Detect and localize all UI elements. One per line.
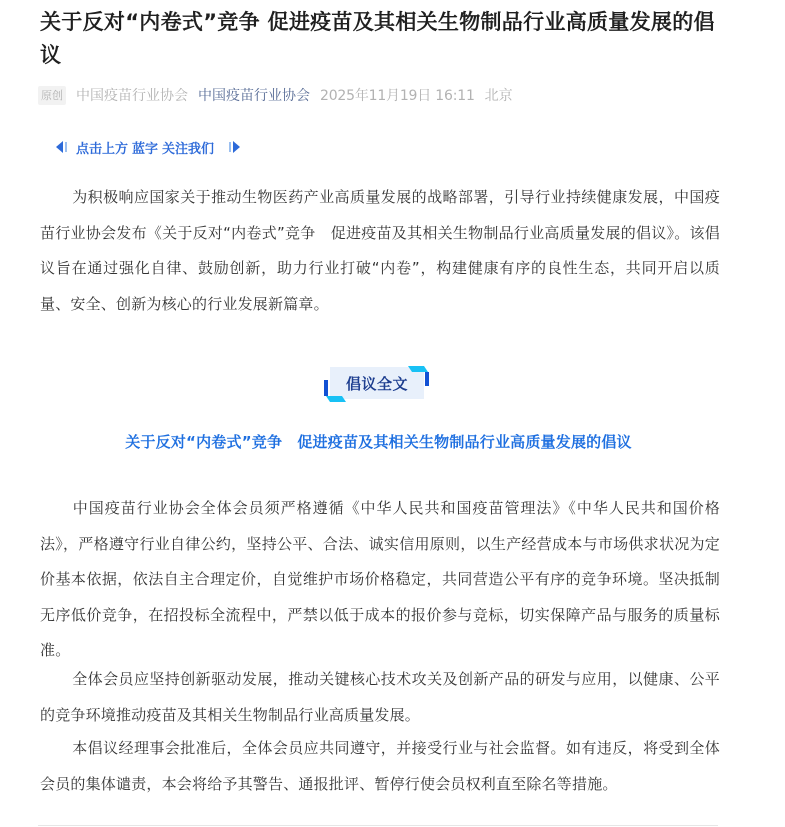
arrow-left-icon	[56, 141, 70, 153]
section-badge: 倡议全文	[324, 366, 430, 402]
account-name-link[interactable]: 中国疫苗行业协会	[198, 85, 310, 105]
follow-text-part3: 关注我们	[162, 142, 214, 157]
body-paragraph-1: 中国疫苗行业协会全体会员须严格遵循《中华人民共和国疫苗管理法》《中华人民共和国价…	[40, 491, 720, 669]
follow-text-part2: 蓝字	[132, 142, 158, 157]
section-subtitle: 关于反对“内卷式”竞争 促进疫苗及其相关生物制品行业高质量发展的倡议	[0, 431, 757, 452]
intro-paragraph: 为积极响应国家关于推动生物医药产业高质量发展的战略部署，引导行业持续健康发展，中…	[40, 180, 720, 322]
divider	[38, 825, 718, 826]
arrow-right-icon	[226, 141, 240, 153]
follow-text: 点击上方蓝字关注我们	[76, 138, 218, 157]
follow-text-part1: 点击上方	[76, 142, 128, 157]
publish-location: 北京	[485, 85, 513, 105]
article-title: 关于反对“内卷式”竞争 促进疫苗及其相关生物制品行业高质量发展的倡议	[40, 6, 730, 72]
body-paragraph-3: 本倡议经理事会批准后，全体会员应共同遵守，并接受行业与社会监督。如有违反，将受到…	[40, 731, 720, 802]
publish-date: 2025年11月19日 16:11	[320, 85, 475, 105]
follow-prompt: 点击上方蓝字关注我们	[56, 137, 240, 157]
section-label: 倡议全文	[330, 367, 424, 399]
article-meta: 原创 中国疫苗行业协会 中国疫苗行业协会 2025年11月19日 16:11 北…	[38, 84, 513, 106]
body-paragraph-2: 全体会员应坚持创新驱动发展，推动关键核心技术攻关及创新产品的研发与应用，以健康、…	[40, 662, 720, 733]
author-name: 中国疫苗行业协会	[76, 85, 188, 105]
original-badge: 原创	[38, 86, 66, 105]
